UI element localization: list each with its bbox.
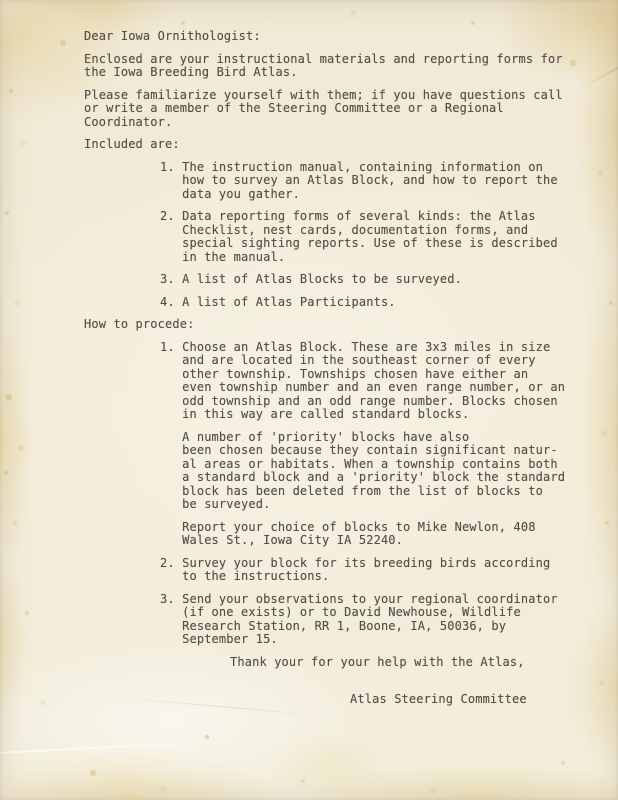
- signature-line: Atlas Steering Committee: [350, 693, 594, 707]
- salutation: Dear Iowa Ornithologist:: [84, 30, 594, 44]
- procede-item-1: 1. Choose an Atlas Block. These are 3x3 …: [160, 341, 594, 422]
- closing-line: Thank your for your help with the Atlas,: [230, 656, 594, 670]
- procede-subparagraph-priority: A number of 'priority' blocks have also …: [160, 431, 594, 512]
- included-item-4: 4. A list of Atlas Participants.: [160, 296, 594, 310]
- letter-body: Dear Iowa Ornithologist: Enclosed are yo…: [84, 30, 594, 716]
- included-item-2: 2. Data reporting forms of several kinds…: [160, 210, 594, 264]
- procede-item-2: 2. Survey your block for its breeding bi…: [160, 557, 594, 584]
- included-heading: Included are:: [84, 138, 594, 152]
- procede-heading: How to procede:: [84, 318, 594, 332]
- intro-paragraph-1: Enclosed are your instructional material…: [84, 53, 594, 80]
- procede-item-3: 3. Send your observations to your region…: [160, 593, 594, 647]
- included-item-3: 3. A list of Atlas Blocks to be surveyed…: [160, 273, 594, 287]
- procede-subparagraph-report: Report your choice of blocks to Mike New…: [160, 521, 594, 548]
- intro-paragraph-2: Please familiarize yourself with them; i…: [84, 89, 594, 130]
- included-item-1: 1. The instruction manual, containing in…: [160, 161, 594, 202]
